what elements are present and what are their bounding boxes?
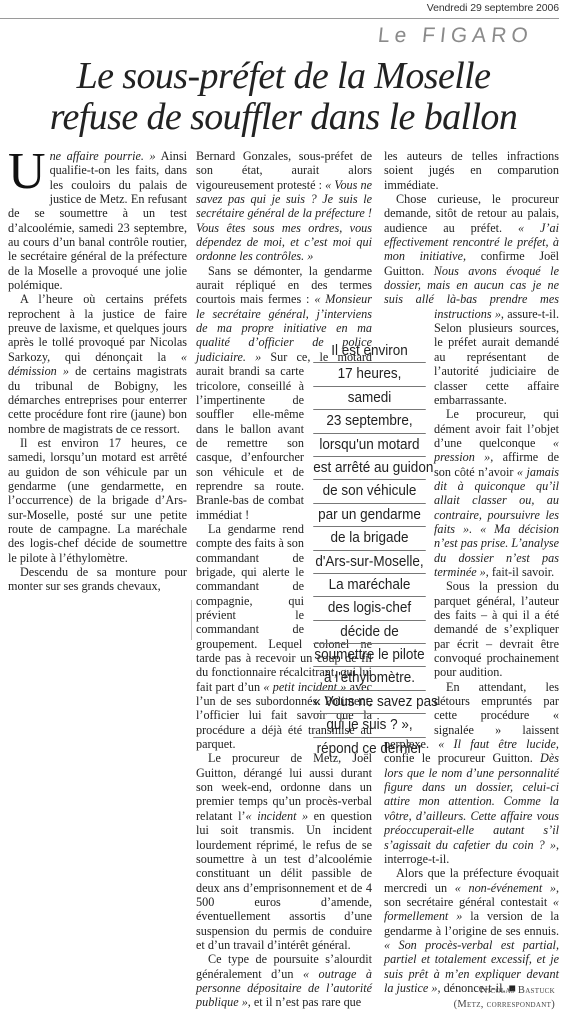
pull-quote-line: de la brigade bbox=[313, 527, 426, 550]
pull-quote-line: Il est environ bbox=[313, 340, 426, 363]
quote: « incident » bbox=[246, 809, 309, 823]
pull-quote-line: à l'éthylomètre. bbox=[313, 667, 426, 690]
text: , assure-t-il. Selon plusieurs sources, … bbox=[434, 307, 559, 407]
column-separator bbox=[191, 600, 192, 640]
pull-quote-line: samedi bbox=[313, 387, 426, 410]
pull-quote-line: d'Ars-sur-Moselle, bbox=[313, 551, 426, 574]
pull-quote-line: 17 heures, bbox=[313, 363, 426, 386]
pull-quote: Il est environ 17 heures, samedi 23 sept… bbox=[307, 340, 432, 760]
headline-line-2: refuse de souffler dans le ballon bbox=[0, 97, 567, 138]
pull-quote-line: des logis-chef bbox=[313, 597, 426, 620]
paragraph: les auteurs de telles infractions soient… bbox=[384, 149, 559, 192]
handwritten-source-note: Le FIGARO bbox=[377, 24, 534, 48]
pull-quote-line: est arrêté au guidon bbox=[313, 457, 426, 480]
text: , et il n’est pas rare que bbox=[248, 995, 361, 1009]
quote: « non-événement » bbox=[455, 881, 556, 895]
pull-quote-line: lorsqu'un motard bbox=[313, 434, 426, 457]
paragraph: Descendu de sa monture pour monter sur s… bbox=[8, 565, 187, 594]
pull-quote-line: « Vous ne savez pas bbox=[313, 691, 426, 714]
pull-quote-line: qui je suis ? », bbox=[313, 714, 426, 737]
header-rule bbox=[0, 18, 559, 19]
pull-quote-line: répond ce dernier bbox=[313, 738, 426, 760]
paragraph: Alors que la préfecture évoquait mercred… bbox=[384, 866, 559, 995]
text: Le procureur, qui dément avoir fait l’ob… bbox=[434, 407, 559, 450]
paragraph: A l’heure où certains préfets reprochent… bbox=[8, 292, 187, 435]
headline: Le sous-préfet de la Moselle refuse de s… bbox=[0, 56, 567, 138]
text: A l’heure où certains préfets reprochent… bbox=[8, 292, 187, 363]
text: en question lui soit transmis. Un incide… bbox=[196, 809, 372, 952]
pull-quote-line: par un gendarme bbox=[313, 504, 426, 527]
paragraph: Il est environ 17 heures, ce samedi, lor… bbox=[8, 436, 187, 565]
drop-cap: U bbox=[8, 151, 46, 193]
quote: Dès lors que le nom d’une personnalité f… bbox=[384, 751, 559, 851]
pull-quote-line: de son véhicule bbox=[313, 480, 426, 503]
quote: ne affaire pourrie. » bbox=[50, 149, 156, 163]
pull-quote-line: décide de bbox=[313, 621, 426, 644]
headline-line-1: Le sous-préfet de la Moselle bbox=[0, 56, 567, 97]
paragraph: Ce type de poursuite s’alourdit générale… bbox=[196, 952, 372, 1009]
byline-role: (Metz, correspondant) bbox=[454, 999, 555, 1010]
paragraph: Le procureur de Metz, Joël Guitton, déra… bbox=[196, 751, 372, 952]
pull-quote-line: 23 septembre, bbox=[313, 410, 426, 433]
text: , fait-il savoir. bbox=[486, 565, 554, 579]
pull-quote-line: soumettre le pilote bbox=[313, 644, 426, 667]
quote: « jamais dit à quiconque qu’il allait cl… bbox=[434, 465, 559, 579]
quote: « Il faut être lucide, bbox=[438, 737, 559, 751]
dateline: Vendredi 29 septembre 2006 bbox=[427, 2, 559, 14]
pull-quote-line: La maréchale bbox=[313, 574, 426, 597]
paragraph: Une affaire pourrie. » Ainsi qualifie-t-… bbox=[8, 149, 187, 292]
article-column-1: Une affaire pourrie. » Ainsi qualifie-t-… bbox=[8, 149, 187, 594]
paragraph: Bernard Gonzales, sous-préfet de son éta… bbox=[196, 149, 372, 264]
byline-author: Nicolas Bastuck bbox=[480, 985, 555, 996]
